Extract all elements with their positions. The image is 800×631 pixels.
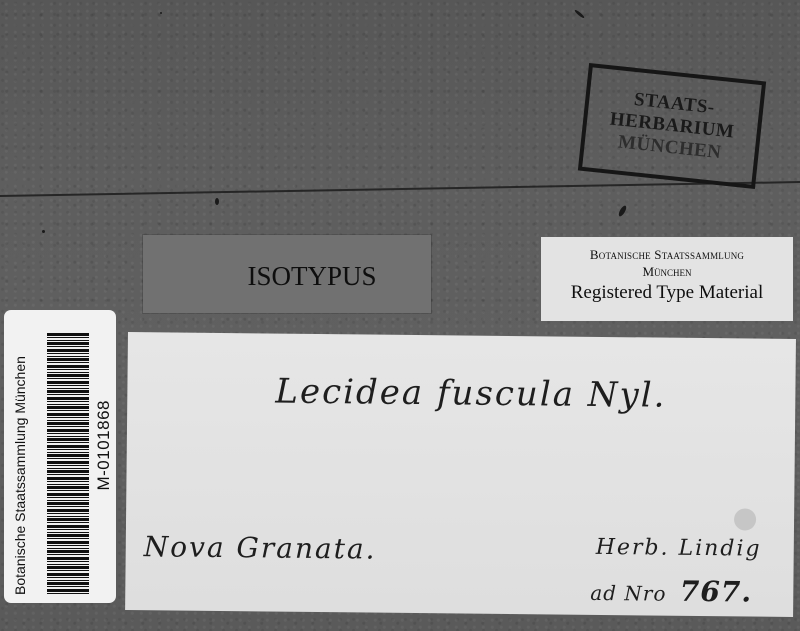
barcode-institution-text: Botanische Staatssammlung München <box>12 320 28 595</box>
collection-number: ad Nro 767. <box>590 574 752 609</box>
registered-city: München <box>541 264 793 280</box>
speck <box>574 9 585 19</box>
species-name: Lecidea fuscula Nyl. <box>275 372 666 416</box>
registered-type-label: Botanische Staatssammlung München Regist… <box>541 237 793 321</box>
stain-spot <box>734 508 756 530</box>
number-value: 767. <box>680 575 753 609</box>
speck <box>215 198 219 205</box>
catalog-number: M-0101868 <box>94 400 114 491</box>
barcode-icon <box>47 333 89 595</box>
speck <box>617 205 627 218</box>
number-prefix: ad Nro <box>590 581 666 606</box>
herbarium-source: Herb. Lindig <box>596 535 762 562</box>
registered-title: Registered Type Material <box>541 282 793 304</box>
type-status-text: ISOTYPUS <box>247 261 376 292</box>
handwritten-specimen-label: Lecidea fuscula Nyl. Nova Granata. Herb.… <box>125 332 796 617</box>
herbarium-stamp: STAATS- HERBARIUM MÜNCHEN <box>578 63 766 189</box>
fold-line <box>0 181 800 197</box>
speck <box>160 12 162 14</box>
speck <box>42 230 45 233</box>
herbarium-sheet: STAATS- HERBARIUM MÜNCHEN ISOTYPUS Botan… <box>0 0 800 631</box>
type-status-label: ISOTYPUS <box>143 235 431 313</box>
locality: Nova Granata. <box>144 530 377 565</box>
registered-institution: Botanische Staatssammlung <box>541 247 793 263</box>
barcode-label: Botanische Staatssammlung München M-0101… <box>4 310 116 603</box>
